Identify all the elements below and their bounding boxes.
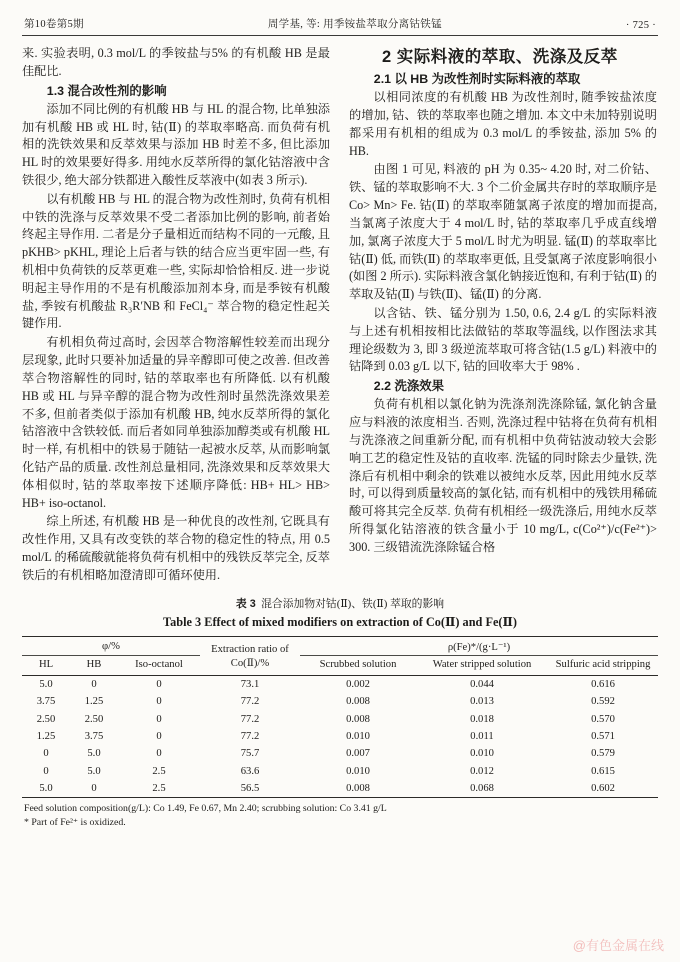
cell: 0.615 bbox=[548, 763, 658, 780]
cell: 0.011 bbox=[416, 728, 548, 745]
cell: 0.068 bbox=[416, 780, 548, 798]
table-3-block: 表 3 混合添加物对钴(Ⅱ)、铁(Ⅱ) 萃取的影响 Table 3 Effect… bbox=[22, 596, 658, 830]
cell: 56.5 bbox=[200, 780, 300, 798]
paragraph: 以有机酸 HB 与 HL 的混合物为改性剂时, 负荷有机相中铁的洗涤与反萃效果不… bbox=[22, 191, 330, 334]
table-row: 5.00073.10.0020.0440.616 bbox=[22, 675, 658, 693]
cell: 77.2 bbox=[200, 693, 300, 710]
two-column-body: 来. 实验表明, 0.3 mol/L 的季铵盐与5% 的有机酸 HB 是最佳配比… bbox=[22, 45, 658, 586]
table-row: 05.02.563.60.0100.0120.615 bbox=[22, 763, 658, 780]
cell: 73.1 bbox=[200, 675, 300, 693]
paragraph: 添加不同比例的有机酸 HB 与 HL 的混合物, 比单独添加有机酸 HB 或 H… bbox=[22, 101, 330, 190]
section-heading-2-1: 2.1 以 HB 为改性剂时实际料液的萃取 bbox=[349, 70, 657, 88]
cell: 5.0 bbox=[22, 780, 70, 798]
group-header-phi: φ/% bbox=[22, 636, 200, 655]
cell: 0.570 bbox=[548, 710, 658, 727]
paragraph: 以相同浓度的有机酸 HB 为改性剂时, 随季铵盐浓度的增加, 钴、铁的萃取率也随… bbox=[349, 89, 657, 160]
cell: 5.0 bbox=[22, 675, 70, 693]
section-heading-2: 2 实际料液的萃取、洗涤及反萃 bbox=[349, 45, 657, 69]
cell: 3.75 bbox=[70, 728, 118, 745]
col-header-scrubbed: Scrubbed solution bbox=[300, 655, 416, 675]
cell: 5.0 bbox=[70, 763, 118, 780]
table-footnote-oxidized: * Part of Fe²⁺ is oxidized. bbox=[24, 816, 658, 830]
cell: 77.2 bbox=[200, 710, 300, 727]
running-title: 周学基, 等: 用季铵盐萃取分离钴铁锰 bbox=[84, 16, 626, 31]
cell: 2.50 bbox=[70, 710, 118, 727]
cell: 0.012 bbox=[416, 763, 548, 780]
cell: 2.5 bbox=[118, 763, 200, 780]
section-heading-2-2: 2.2 洗涤效果 bbox=[349, 377, 657, 395]
cell: 3.75 bbox=[22, 693, 70, 710]
table-footnotes: Feed solution composition(g/L): Co 1.49,… bbox=[22, 802, 658, 829]
group-header-rho-fe: ρ(Fe)*/(g·L⁻¹) bbox=[300, 636, 658, 655]
paragraph: 由图 1 可见, 料液的 pH 为 0.35~ 4.20 时, 对二价钴、铁、锰… bbox=[349, 161, 657, 304]
table-row: 2.502.50077.20.0080.0180.570 bbox=[22, 710, 658, 727]
cell: 77.2 bbox=[200, 728, 300, 745]
cell: 0.008 bbox=[300, 710, 416, 727]
table-column-header-row: HL HB Iso-octanol Scrubbed solution Wate… bbox=[22, 655, 658, 675]
running-head: 第10卷第5期 周学基, 等: 用季铵盐萃取分离钴铁锰 · 725 · bbox=[22, 12, 658, 36]
group-header-extraction-ratio: Extraction ratio of Co(Ⅱ)/% bbox=[200, 636, 300, 675]
table-row: 5.002.556.50.0080.0680.602 bbox=[22, 780, 658, 798]
table-caption-zh: 表 3 混合添加物对钴(Ⅱ)、铁(Ⅱ) 萃取的影响 bbox=[22, 596, 658, 611]
paragraph: 以含钴、铁、锰分别为 1.50, 0.6, 2.4 g/L 的实际料液与上述有机… bbox=[349, 305, 657, 376]
section-heading-1-3: 1.3 混合改性剂的影响 bbox=[22, 82, 330, 100]
cell: 0 bbox=[22, 763, 70, 780]
site-watermark: @有色金属在线 bbox=[573, 935, 664, 954]
page-number: · 725 · bbox=[626, 20, 656, 31]
journal-issue: 第10卷第5期 bbox=[24, 16, 84, 31]
cell: 0.002 bbox=[300, 675, 416, 693]
cell: 0.571 bbox=[548, 728, 658, 745]
cell: 0.010 bbox=[300, 728, 416, 745]
cell: 0.010 bbox=[416, 745, 548, 762]
left-column: 来. 实验表明, 0.3 mol/L 的季铵盐与5% 的有机酸 HB 是最佳配比… bbox=[22, 45, 330, 586]
table-3: φ/% Extraction ratio of Co(Ⅱ)/% ρ(Fe)*/(… bbox=[22, 636, 658, 799]
paragraph-continuation: 来. 实验表明, 0.3 mol/L 的季铵盐与5% 的有机酸 HB 是最佳配比… bbox=[22, 45, 330, 81]
cell: 0 bbox=[118, 693, 200, 710]
col-header-sulfuric: Sulfuric acid stripping bbox=[548, 655, 658, 675]
cell: 0 bbox=[118, 745, 200, 762]
table-caption-en: Table 3 Effect of mixed modifiers on ext… bbox=[22, 614, 658, 630]
cell: 0 bbox=[22, 745, 70, 762]
col-header-isooctanol: Iso-octanol bbox=[118, 655, 200, 675]
paragraph: 负荷有机相以氯化钠为洗涤剂洗涤除锰, 氯化钠含量应与料液的浓度相当. 否则, 洗… bbox=[349, 396, 657, 556]
cell: 0.579 bbox=[548, 745, 658, 762]
table-footnote-feed: Feed solution composition(g/L): Co 1.49,… bbox=[24, 802, 658, 816]
col-header-hb: HB bbox=[70, 655, 118, 675]
cell: 0 bbox=[118, 675, 200, 693]
cell: 1.25 bbox=[70, 693, 118, 710]
cell: 0 bbox=[70, 675, 118, 693]
cell: 0.616 bbox=[548, 675, 658, 693]
cell: 0.602 bbox=[548, 780, 658, 798]
table-caption-zh-label: 表 3 bbox=[236, 598, 256, 610]
paragraph: 有机相负荷过高时, 会因萃合物溶解性较差而出现分层现象, 此时只要补加适量的异辛… bbox=[22, 334, 330, 512]
cell: 0.008 bbox=[300, 693, 416, 710]
paragraph: 综上所述, 有机酸 HB 是一种优良的改性剂, 它既具有改性作用, 又具有改变铁… bbox=[22, 513, 330, 584]
cell: 0.013 bbox=[416, 693, 548, 710]
table-caption-zh-text: 混合添加物对钴(Ⅱ)、铁(Ⅱ) 萃取的影响 bbox=[261, 598, 444, 610]
cell: 75.7 bbox=[200, 745, 300, 762]
cell: 0.010 bbox=[300, 763, 416, 780]
table-group-header-row: φ/% Extraction ratio of Co(Ⅱ)/% ρ(Fe)*/(… bbox=[22, 636, 658, 655]
cell: 5.0 bbox=[70, 745, 118, 762]
cell: 0.018 bbox=[416, 710, 548, 727]
cell: 2.5 bbox=[118, 780, 200, 798]
table-row: 1.253.75077.20.0100.0110.571 bbox=[22, 728, 658, 745]
table-row: 05.0075.70.0070.0100.579 bbox=[22, 745, 658, 762]
table-row: 3.751.25077.20.0080.0130.592 bbox=[22, 693, 658, 710]
col-header-hl: HL bbox=[22, 655, 70, 675]
cell: 0 bbox=[118, 728, 200, 745]
cell: 0.044 bbox=[416, 675, 548, 693]
paper-page: 第10卷第5期 周学基, 等: 用季铵盐萃取分离钴铁锰 · 725 · 来. 实… bbox=[0, 0, 680, 962]
right-column: 2 实际料液的萃取、洗涤及反萃 2.1 以 HB 为改性剂时实际料液的萃取 以相… bbox=[349, 45, 657, 586]
cell: 63.6 bbox=[200, 763, 300, 780]
cell: 0.008 bbox=[300, 780, 416, 798]
cell: 0.007 bbox=[300, 745, 416, 762]
cell: 0 bbox=[118, 710, 200, 727]
cell: 0.592 bbox=[548, 693, 658, 710]
cell: 2.50 bbox=[22, 710, 70, 727]
cell: 1.25 bbox=[22, 728, 70, 745]
col-header-water-stripped: Water stripped solution bbox=[416, 655, 548, 675]
cell: 0 bbox=[70, 780, 118, 798]
